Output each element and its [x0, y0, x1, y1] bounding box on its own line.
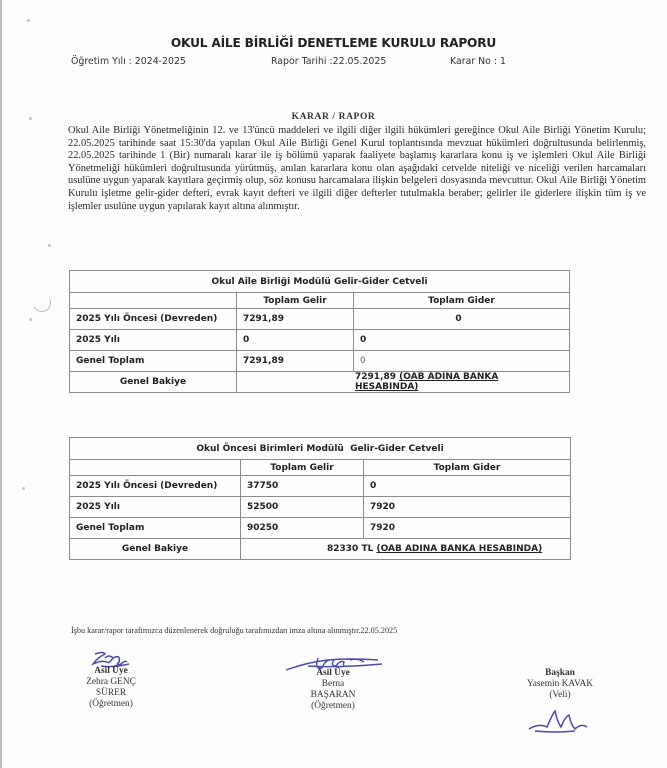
- balance-note: (OAB ADINA BANKA HESABINDA): [376, 544, 542, 554]
- income-value: 7291,89: [237, 309, 354, 330]
- balance-row: Genel Bakiye 82330 TL (OAB ADINA BANKA H…: [70, 539, 571, 560]
- income-value: 37750: [241, 476, 364, 497]
- income-value: 0: [237, 330, 354, 351]
- row-label: Genel Toplam: [70, 351, 237, 372]
- paper-speck: [27, 19, 30, 22]
- balance-label: Genel Bakiye: [70, 372, 237, 393]
- report-body: Okul Aile Birliği Yönetmeliğinin 12. ve …: [68, 125, 646, 213]
- row-label: 2025 Yılı: [70, 497, 241, 518]
- table-row: Genel Toplam 7291,89 0: [70, 351, 570, 372]
- expense-value: 0: [354, 309, 570, 330]
- expense-value: 7920: [364, 497, 571, 518]
- balance-cell: 7291,89 (OAB ADINA BANKA HESABINDA): [237, 372, 570, 393]
- signatory-title: (Öğretmen): [278, 701, 388, 712]
- table-row: Genel Toplam 90250 7920: [70, 518, 571, 539]
- decision-number: Karar No : 1: [450, 56, 506, 67]
- punch-hole-mark: [30, 291, 53, 314]
- row-label: Genel Toplam: [70, 518, 241, 539]
- report-date: Rapor Tarihi :22.05.2025: [271, 56, 386, 67]
- document-title: OKUL AİLE BİRLİĞİ DENETLEME KURULU RAPOR…: [0, 36, 667, 50]
- paper-speck: [48, 244, 51, 247]
- signatory-name: Yasemin KAVAK: [505, 679, 615, 690]
- ledger-table-oab: Okul Aile Birliği Modülü Gelir-Gider Cet…: [69, 270, 570, 393]
- row-label: 2025 Yılı: [70, 330, 237, 351]
- table-caption: Okul Öncesi Birimleri Modülü Gelir-Gider…: [70, 438, 571, 460]
- signatory-block-3: Başkan Yasemin KAVAK (Veli): [505, 668, 615, 735]
- signatory-surname: BAŞARAN: [278, 690, 388, 701]
- header-total-expense: Toplam Gider: [364, 460, 571, 476]
- table-row: 2025 Yılı Öncesi (Devreden) 7291,89 0: [70, 309, 570, 330]
- expense-value: 7920: [364, 518, 571, 539]
- balance-amount: 82330 TL: [327, 544, 373, 554]
- header-total-income: Toplam Gelir: [241, 460, 364, 476]
- balance-amount: 7291,89: [355, 372, 396, 382]
- balance-row: Genel Bakiye 7291,89 (OAB ADINA BANKA HE…: [70, 372, 570, 393]
- table-row: 2025 Yılı 0 0: [70, 330, 570, 351]
- header-total-income: Toplam Gelir: [237, 293, 354, 309]
- table-row: 2025 Yılı Öncesi (Devreden) 37750 0: [70, 476, 571, 497]
- signatory-surname: SÜRER: [66, 688, 156, 699]
- signatory-role: Asil Üye: [66, 666, 156, 677]
- table-row: 2025 Yılı 52500 7920: [70, 497, 571, 518]
- handwritten-signature-icon: [525, 707, 595, 735]
- balance-cell: 82330 TL (OAB ADINA BANKA HESABINDA): [241, 539, 571, 560]
- attestation-statement: İşbu karar/rapor tarafımızca düzenlenere…: [71, 626, 397, 635]
- ledger-table-preschool: Okul Öncesi Birimleri Modülü Gelir-Gider…: [69, 437, 571, 560]
- expense-value: 0: [354, 351, 570, 372]
- signatory-title: (Öğretmen): [66, 699, 156, 710]
- income-value: 52500: [241, 497, 364, 518]
- row-label: 2025 Yılı Öncesi (Devreden): [70, 476, 241, 497]
- row-label: 2025 Yılı Öncesi (Devreden): [70, 309, 237, 330]
- header-total-expense: Toplam Gider: [354, 293, 570, 309]
- signatory-block-2: Asil Üye Berna BAŞARAN (Öğretmen): [278, 654, 388, 712]
- section-heading: KARAR / RAPOR: [0, 112, 667, 122]
- signatory-block-1: Asil Üye Zehra GENÇ SÜRER (Öğretmen): [66, 650, 156, 710]
- table-caption: Okul Aile Birliği Modülü Gelir-Gider Cet…: [70, 271, 570, 293]
- signatory-name: Zehra GENÇ: [66, 677, 156, 688]
- signatory-role: Başkan: [505, 668, 615, 679]
- paper-speck: [22, 487, 25, 490]
- balance-label: Genel Bakiye: [70, 539, 241, 560]
- expense-value: 0: [354, 330, 570, 351]
- header-empty: [70, 293, 237, 309]
- income-value: 90250: [241, 518, 364, 539]
- income-value: 7291,89: [237, 351, 354, 372]
- expense-value: 0: [364, 476, 571, 497]
- signatory-role: Asil Üye: [278, 668, 388, 679]
- paper-speck: [29, 318, 32, 321]
- academic-year: Öğretim Yılı : 2024-2025: [71, 56, 186, 67]
- header-empty: [70, 460, 241, 476]
- signatory-title: (Veli): [505, 690, 615, 701]
- signatory-name: Berna: [278, 679, 388, 690]
